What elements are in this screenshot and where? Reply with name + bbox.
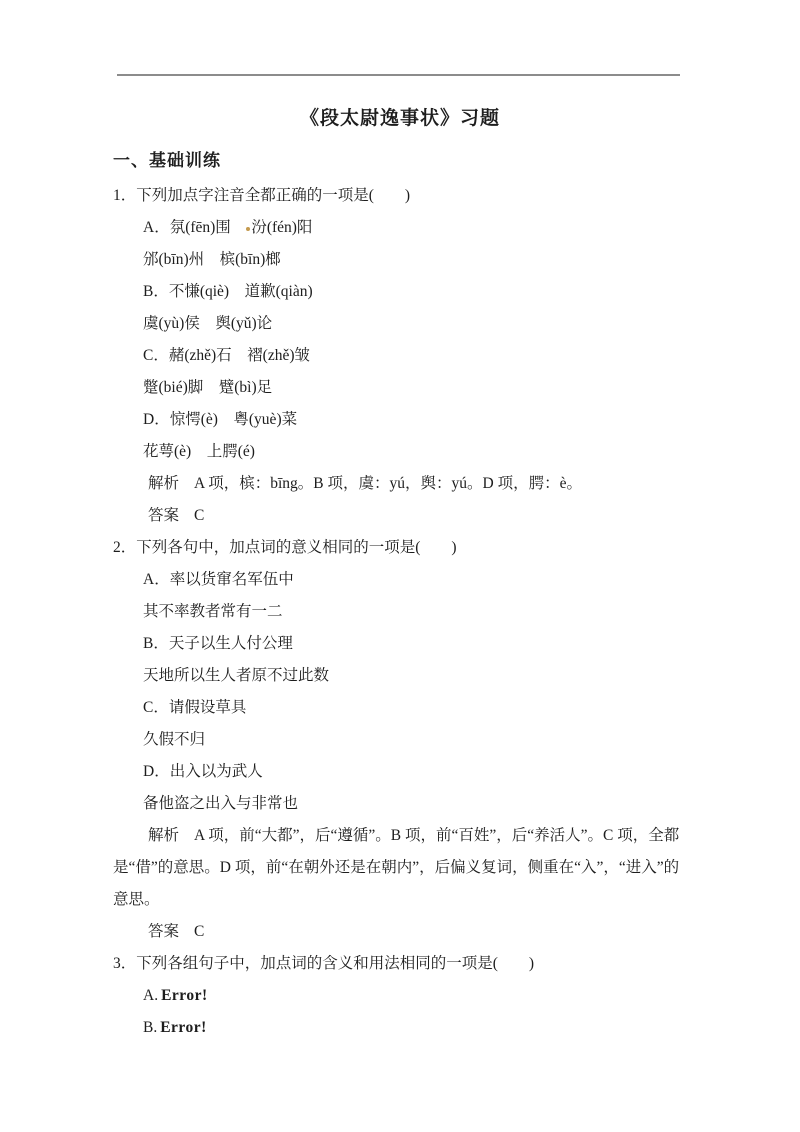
section-heading: 一、基础训练 — [113, 146, 221, 171]
q2-stem: 2．下列各句中，加点词的意义相同的一项是( ) — [113, 532, 691, 564]
page-title: 《段太尉逸事状》习题 — [0, 103, 800, 130]
q1-option-a-line2: 邠(bīn)州 槟(bīn)榔 — [143, 244, 691, 276]
q2-answer: 答案C — [148, 916, 691, 948]
q1-option-c-line1: C．赭(zhě)石 褶(zhě)皱 — [143, 340, 691, 372]
q1-analysis: 解析A 项，槟：bīng。B 项，虞：yú，舆：yú。D 项，腭：è。 — [113, 468, 691, 500]
q2-answer-label: 答案 — [148, 923, 179, 940]
q3-option-a-error-line: A.Error! — [143, 980, 691, 1012]
q3-option-b-error-line: B.Error! — [143, 1012, 691, 1044]
q3-option-a-prefix: A. — [143, 987, 158, 1004]
q2-analysis-label: 解析 — [148, 827, 179, 844]
q2-option-b-line1: B．天子以生人付公理 — [143, 628, 691, 660]
q1-option-a-text-pre: A．氛(fēn)围 — [143, 219, 246, 236]
q1-option-d-line1: D．惊愕(è) 粤(yuè)菜 — [143, 404, 691, 436]
q2-option-d-line1: D．出入以为武人 — [143, 756, 691, 788]
q1-option-a-line1: A．氛(fēn)围 汾(fén)阳 — [143, 212, 691, 244]
q2-analysis: 解析A 项，前“大都”，后“遵循”。B 项，前“百姓”，后“养活人”。C 项，全… — [113, 820, 691, 916]
q2-option-c-line1: C．请假设草具 — [143, 692, 691, 724]
q1-option-c-line2: 蹩(bié)脚 躄(bì)足 — [143, 372, 691, 404]
q1-stem: 1．下列加点字注音全都正确的一项是( ) — [113, 180, 691, 212]
q1-answer-label: 答案 — [148, 507, 179, 524]
q2-answer-value: C — [194, 923, 204, 940]
q2-option-a-line1: A．率以货窜名军伍中 — [143, 564, 691, 596]
q3-option-b-error-text: Error! — [160, 1019, 207, 1036]
emphasis-dot — [246, 227, 250, 231]
q2-option-c-line2: 久假不归 — [143, 724, 691, 756]
q3-stem: 3．下列各组句子中，加点词的含义和用法相同的一项是( ) — [113, 948, 691, 980]
q1-option-a-text-post: 汾(fén)阳 — [251, 219, 312, 236]
q1-answer-value: C — [194, 507, 204, 524]
q1-option-d-line2: 花萼(è) 上腭(é) — [143, 436, 691, 468]
q1-answer: 答案C — [148, 500, 691, 532]
q1-option-b-line2: 虞(yù)侯 舆(yǔ)论 — [143, 308, 691, 340]
q3-option-b-prefix: B. — [143, 1019, 157, 1036]
worksheet-page: 《段太尉逸事状》习题 一、基础训练 1．下列加点字注音全都正确的一项是( ) A… — [0, 0, 800, 1132]
worksheet-content: 1．下列加点字注音全都正确的一项是( ) A．氛(fēn)围 汾(fén)阳 邠… — [113, 180, 691, 1044]
q3-option-a-error-text: Error! — [161, 987, 208, 1004]
q1-analysis-text: A 项，槟：bīng。B 项，虞：yú，舆：yú。D 项，腭：è。 — [194, 475, 582, 492]
q1-analysis-label: 解析 — [148, 475, 179, 492]
q2-option-d-line2: 备他盗之出入与非常也 — [143, 788, 691, 820]
q1-option-b-line1: B．不慊(qiè) 道歉(qiàn) — [143, 276, 691, 308]
q2-option-a-line2: 其不率教者常有一二 — [143, 596, 691, 628]
top-divider — [117, 74, 680, 76]
q2-option-b-line2: 天地所以生人者原不过此数 — [143, 660, 691, 692]
q2-analysis-text: A 项，前“大都”，后“遵循”。B 项，前“百姓”，后“养活人”。C 项，全都是… — [113, 827, 679, 908]
